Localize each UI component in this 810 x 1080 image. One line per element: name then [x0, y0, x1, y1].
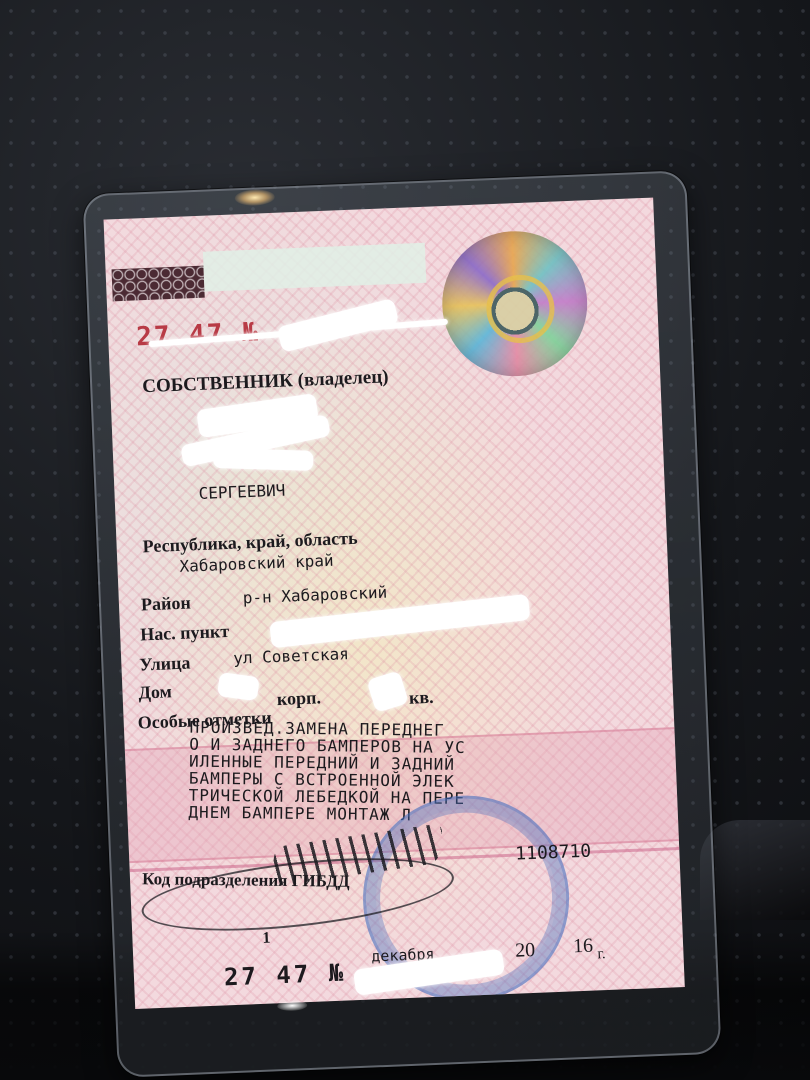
owner-patronymic: СЕРГЕЕВИЧ [198, 481, 285, 503]
registration-certificate: 27 47 № СОБСТВЕННИК (владелец) СЕРГЕЕВИЧ… [104, 198, 685, 1009]
series-number-bottom: 27 47 № [223, 959, 346, 992]
redaction-mark [217, 672, 260, 701]
light-glare [234, 189, 275, 207]
district-value: р-н Хабаровский [242, 583, 387, 608]
district-label: Район [141, 592, 192, 615]
redaction-mark [277, 298, 400, 353]
unit-code-label: Код подразделения ГИБДД [142, 869, 350, 892]
owner-heading: СОБСТВЕННИК (владелец) [142, 366, 389, 398]
street-label: Улица [139, 653, 191, 676]
guilloche-pattern [112, 266, 205, 302]
unit-code-value: 1108710 [515, 841, 592, 865]
settlement-label: Нас. пункт [140, 621, 230, 646]
issue-year-prefix: 20 [515, 939, 536, 963]
apartment-label: кв. [409, 687, 434, 709]
redaction-mark [366, 670, 409, 713]
building-label: корп. [277, 687, 322, 710]
street-value: ул Советская [233, 644, 349, 668]
plastic-sleeve: 27 47 № СОБСТВЕННИК (владелец) СЕРГЕЕВИЧ… [83, 170, 722, 1078]
header-strip [203, 243, 426, 292]
issue-day: 1 [262, 930, 271, 948]
issue-year-unit: г. [597, 946, 606, 963]
house-label: Дом [138, 681, 172, 703]
seat-seam [700, 820, 810, 920]
redaction-mark [213, 448, 314, 471]
issue-year-suffix: 16 [573, 935, 594, 959]
hologram-icon [439, 228, 590, 379]
light-glare [277, 1000, 307, 1011]
